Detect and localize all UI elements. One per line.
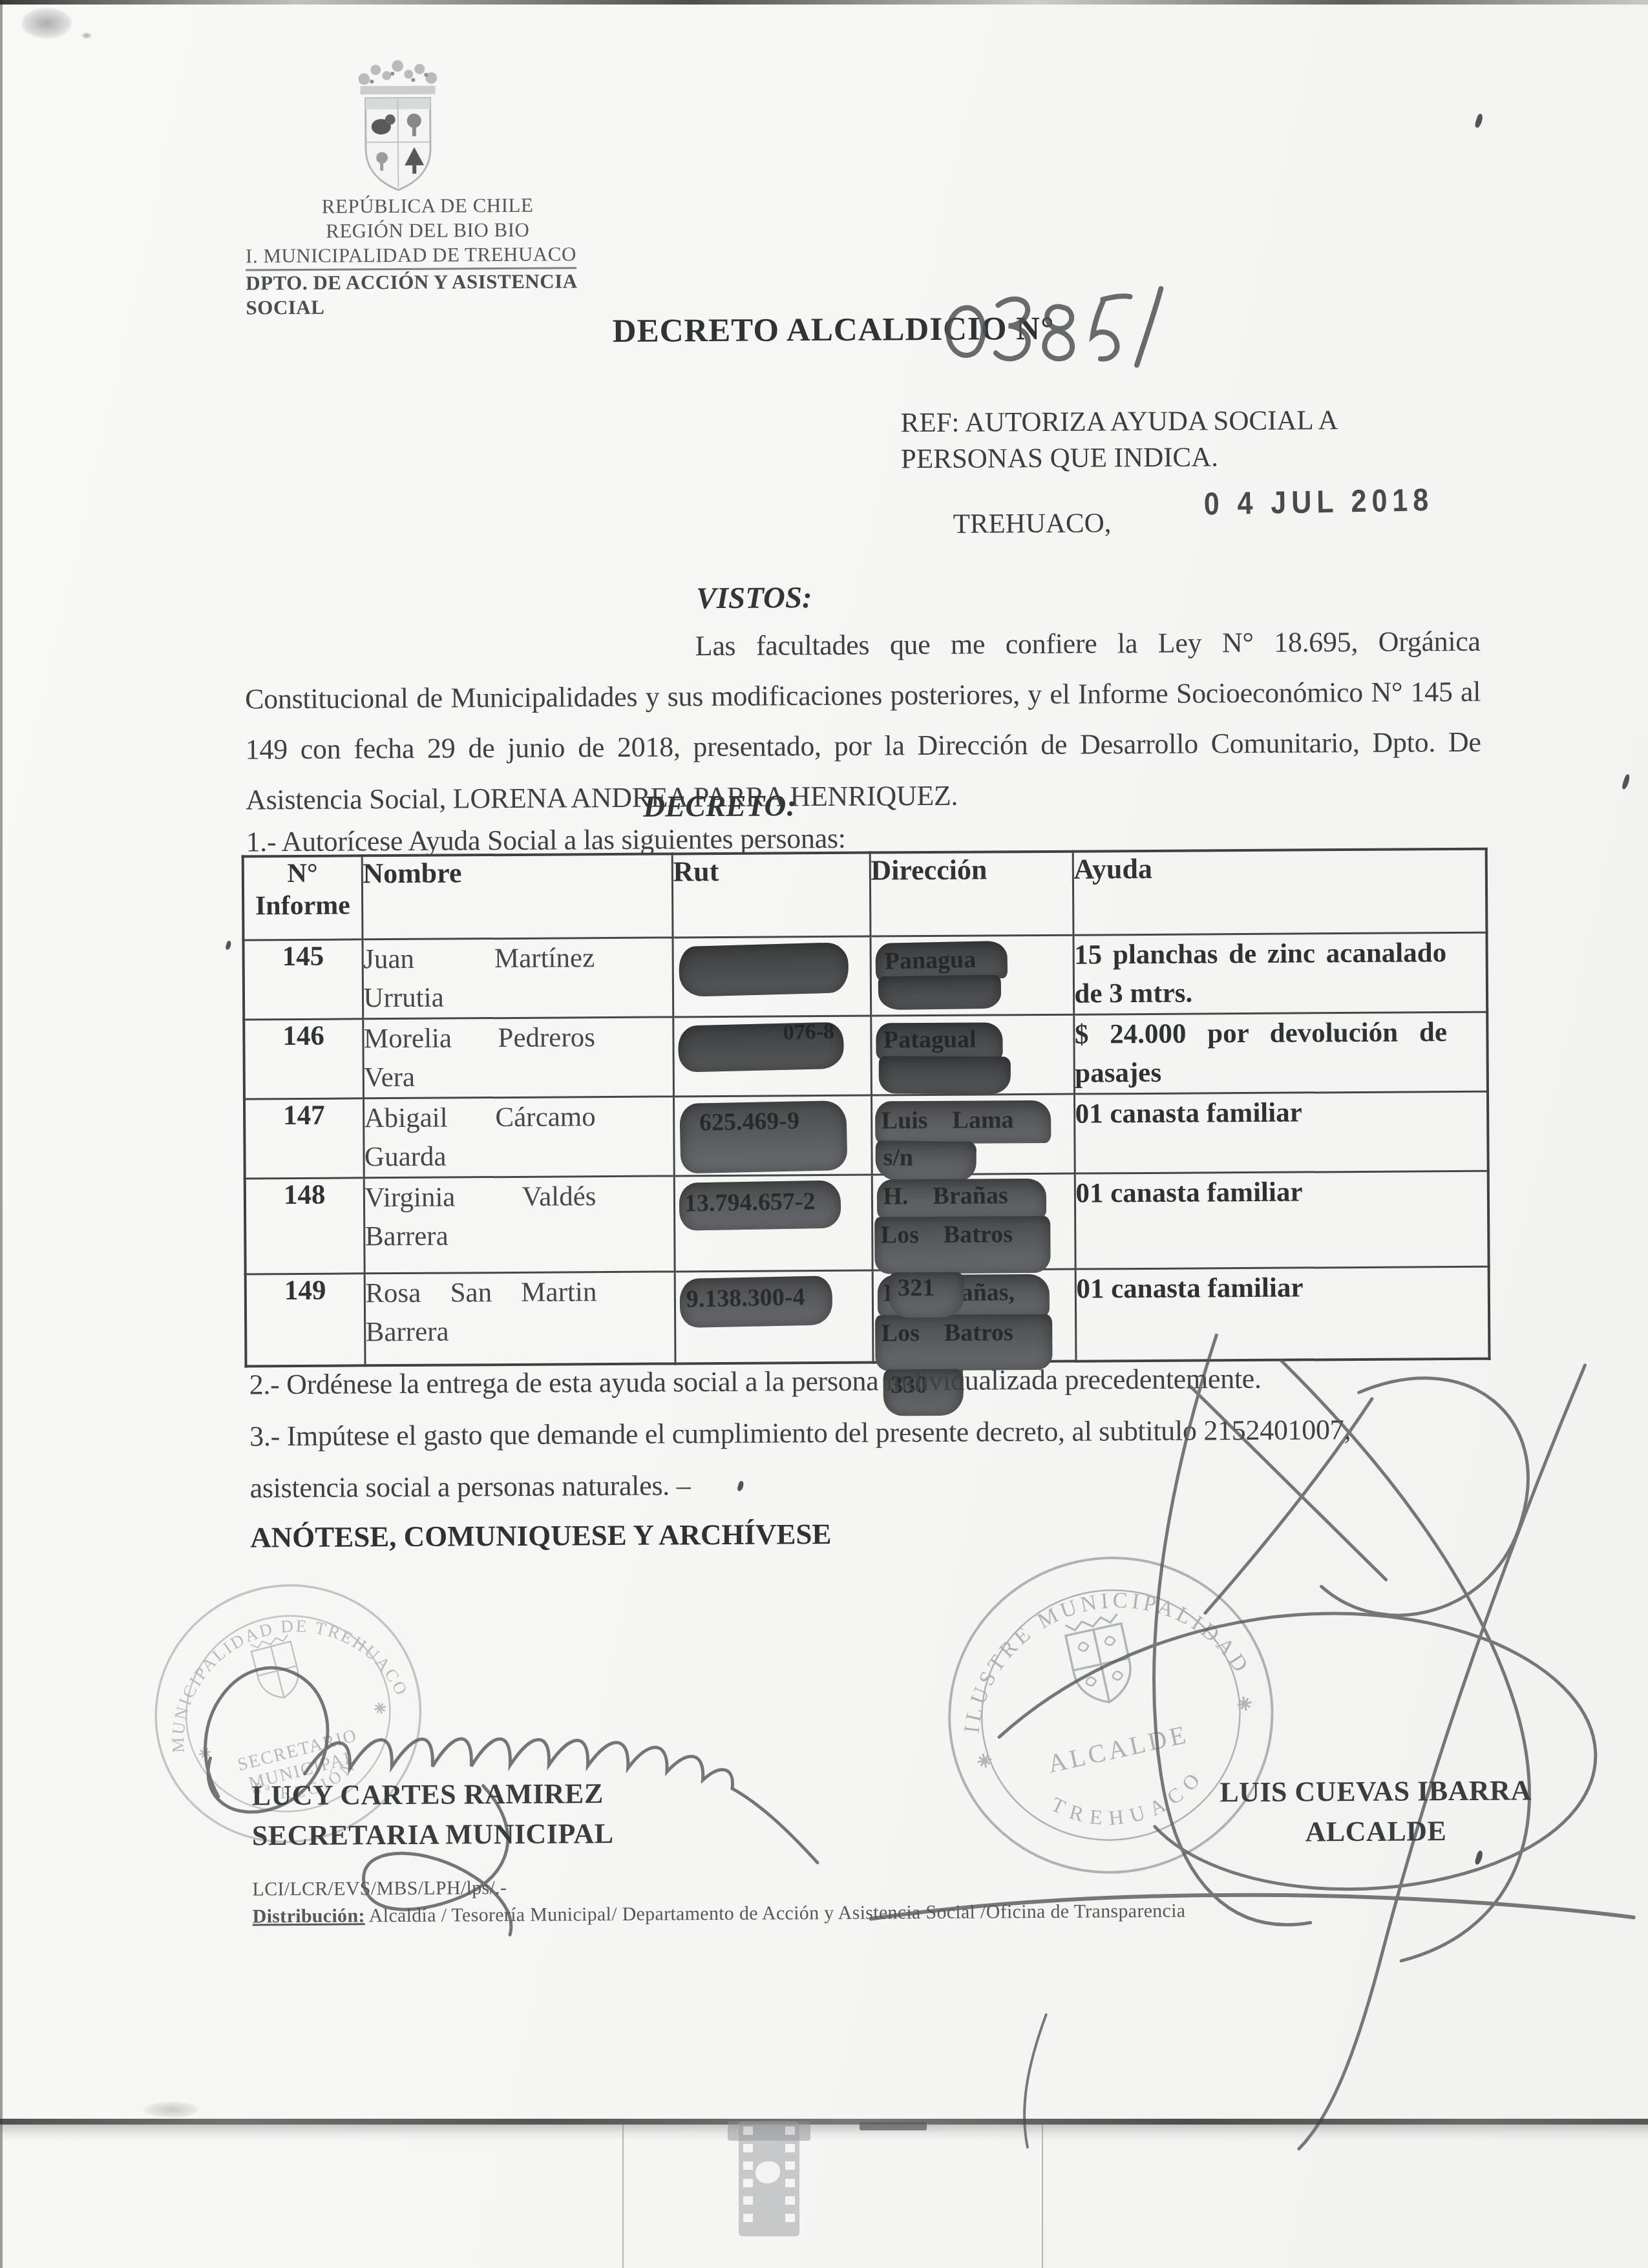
redaction-blob: 321	[889, 1272, 964, 1318]
secretary-title: SECRETARIA MUNICIPAL	[252, 1817, 614, 1852]
secretary-name: LUCY CARTES RAMIREZ	[251, 1777, 603, 1812]
redacted-rut-cell	[672, 936, 871, 1017]
redaction-blob: 9.138.300-4	[679, 1276, 832, 1328]
decreto-heading: DECRETO:	[643, 788, 796, 824]
footer-distribution-list: Alcaldía / Tesorería Municipal/ Departam…	[365, 1900, 1186, 1927]
redacted-rut-cell: 076-8	[673, 1016, 871, 1097]
film-strip-icon	[739, 2121, 799, 2236]
header-rut: Rut	[672, 853, 871, 938]
header-informe: N° Informe	[243, 856, 363, 940]
coat-of-arms-icon	[346, 56, 450, 195]
scan-vertical-line-artifact	[622, 2125, 624, 2268]
redacted-direccion-cell: Patagual	[871, 1014, 1074, 1095]
closing-formula: ANÓTESE, COMUNIQUESE Y ARCHÍVESE	[250, 1517, 832, 1554]
item-3-line2: asistencia social a personas naturales. …	[250, 1469, 691, 1504]
redaction-blob: Los Batros	[874, 1216, 1051, 1274]
header-direccion: Dirección	[870, 852, 1073, 936]
alcalde-name: LUIS CUEVAS IBARRA	[1201, 1774, 1550, 1809]
redaction-blob	[878, 975, 1001, 1011]
redaction-blob: 076-8	[677, 1022, 844, 1073]
redaction-blob: 625.469-9	[679, 1100, 847, 1173]
table-row: 147 Abigail Cárcamo Guarda 625.469-9 Lui…	[244, 1091, 1488, 1179]
ayuda-table: N° Informe Nombre Rut Dirección Ayuda 14…	[242, 848, 1491, 1367]
redaction-blob: Patagual	[876, 1022, 1002, 1059]
scan-vertical-line-artifact	[1042, 2125, 1043, 2268]
redacted-direccion-cell: Luis Lama s/n	[871, 1094, 1075, 1175]
scan-line-shadow-artifact	[0, 2125, 1648, 2141]
reference-line2: PERSONAS QUE INDICA.	[901, 438, 1418, 478]
header-nombre: Nombre	[362, 854, 673, 939]
film-sprockets	[785, 2126, 795, 2231]
table-row: 145 Juan Martínez Urrutia Panagua 15 pla…	[243, 932, 1487, 1020]
scan-dash-artifact	[860, 2122, 927, 2130]
table-header-row: N° Informe Nombre Rut Dirección Ayuda	[243, 849, 1487, 940]
redacted-rut-cell: 13.794.657-2	[674, 1175, 872, 1272]
scan-line-artifact	[0, 2119, 1648, 2125]
place-line: TREHUACO,	[953, 507, 1111, 540]
letterhead-country: REPÚBLICA DE CHILE	[245, 193, 609, 219]
table-row: 148 Virginia Valdés Barrera 13.794.657-2…	[245, 1171, 1489, 1274]
redaction-blob: Luis Lama	[875, 1100, 1051, 1144]
redaction-blob	[678, 942, 849, 997]
letterhead-municipality: I. MUNICIPALIDAD DE TREHUACO	[246, 242, 576, 271]
date-stamp: 0 4 JUL 2018	[1203, 482, 1433, 522]
footer-initials: LCI/LCR/EVS/MBS/LPH/lps/.-	[252, 1877, 507, 1900]
redacted-rut-cell: 625.469-9	[673, 1095, 872, 1176]
redacted-direccion-cell: Panagua	[870, 935, 1073, 1016]
redaction-blob	[878, 1056, 1010, 1094]
vistos-paragraph: Las facultades que me confiere la Ley N°…	[244, 616, 1481, 826]
film-sprockets	[743, 2126, 753, 2231]
film-lens	[755, 2161, 780, 2183]
letterhead: REPÚBLICA DE CHILE REGIÓN DEL BIO BIO I.…	[245, 193, 610, 320]
redaction-blob: H. Brañas	[876, 1179, 1046, 1219]
vistos-heading: VISTOS:	[696, 580, 812, 616]
reference-block: REF: AUTORIZA AYUDA SOCIAL A PERSONAS QU…	[900, 402, 1418, 478]
header-ayuda: Ayuda	[1073, 849, 1487, 935]
alcalde-signature	[829, 1307, 1648, 2152]
letterhead-region: REGIÓN DEL BIO BIO	[246, 217, 610, 244]
handwritten-decree-number	[933, 269, 1179, 381]
alcalde-title: ALCALDE	[1201, 1814, 1550, 1849]
redaction-blob: 13.794.657-2	[679, 1181, 841, 1231]
scanned-decree-page: REPÚBLICA DE CHILE REGIÓN DEL BIO BIO I.…	[0, 0, 1648, 2268]
redacted-direccion-cell: H. Brañas Los Batros 321	[872, 1173, 1075, 1270]
footer-distribution-label: Distribución:	[253, 1905, 365, 1927]
table-row: 146 Morelia Pedreros Vera 076-8 Patagual…	[244, 1012, 1488, 1099]
reference-line1: REF: AUTORIZA AYUDA SOCIAL A	[900, 402, 1417, 441]
letterhead-department: DPTO. DE ACCIÓN Y ASISTENCIA SOCIAL	[246, 269, 610, 320]
